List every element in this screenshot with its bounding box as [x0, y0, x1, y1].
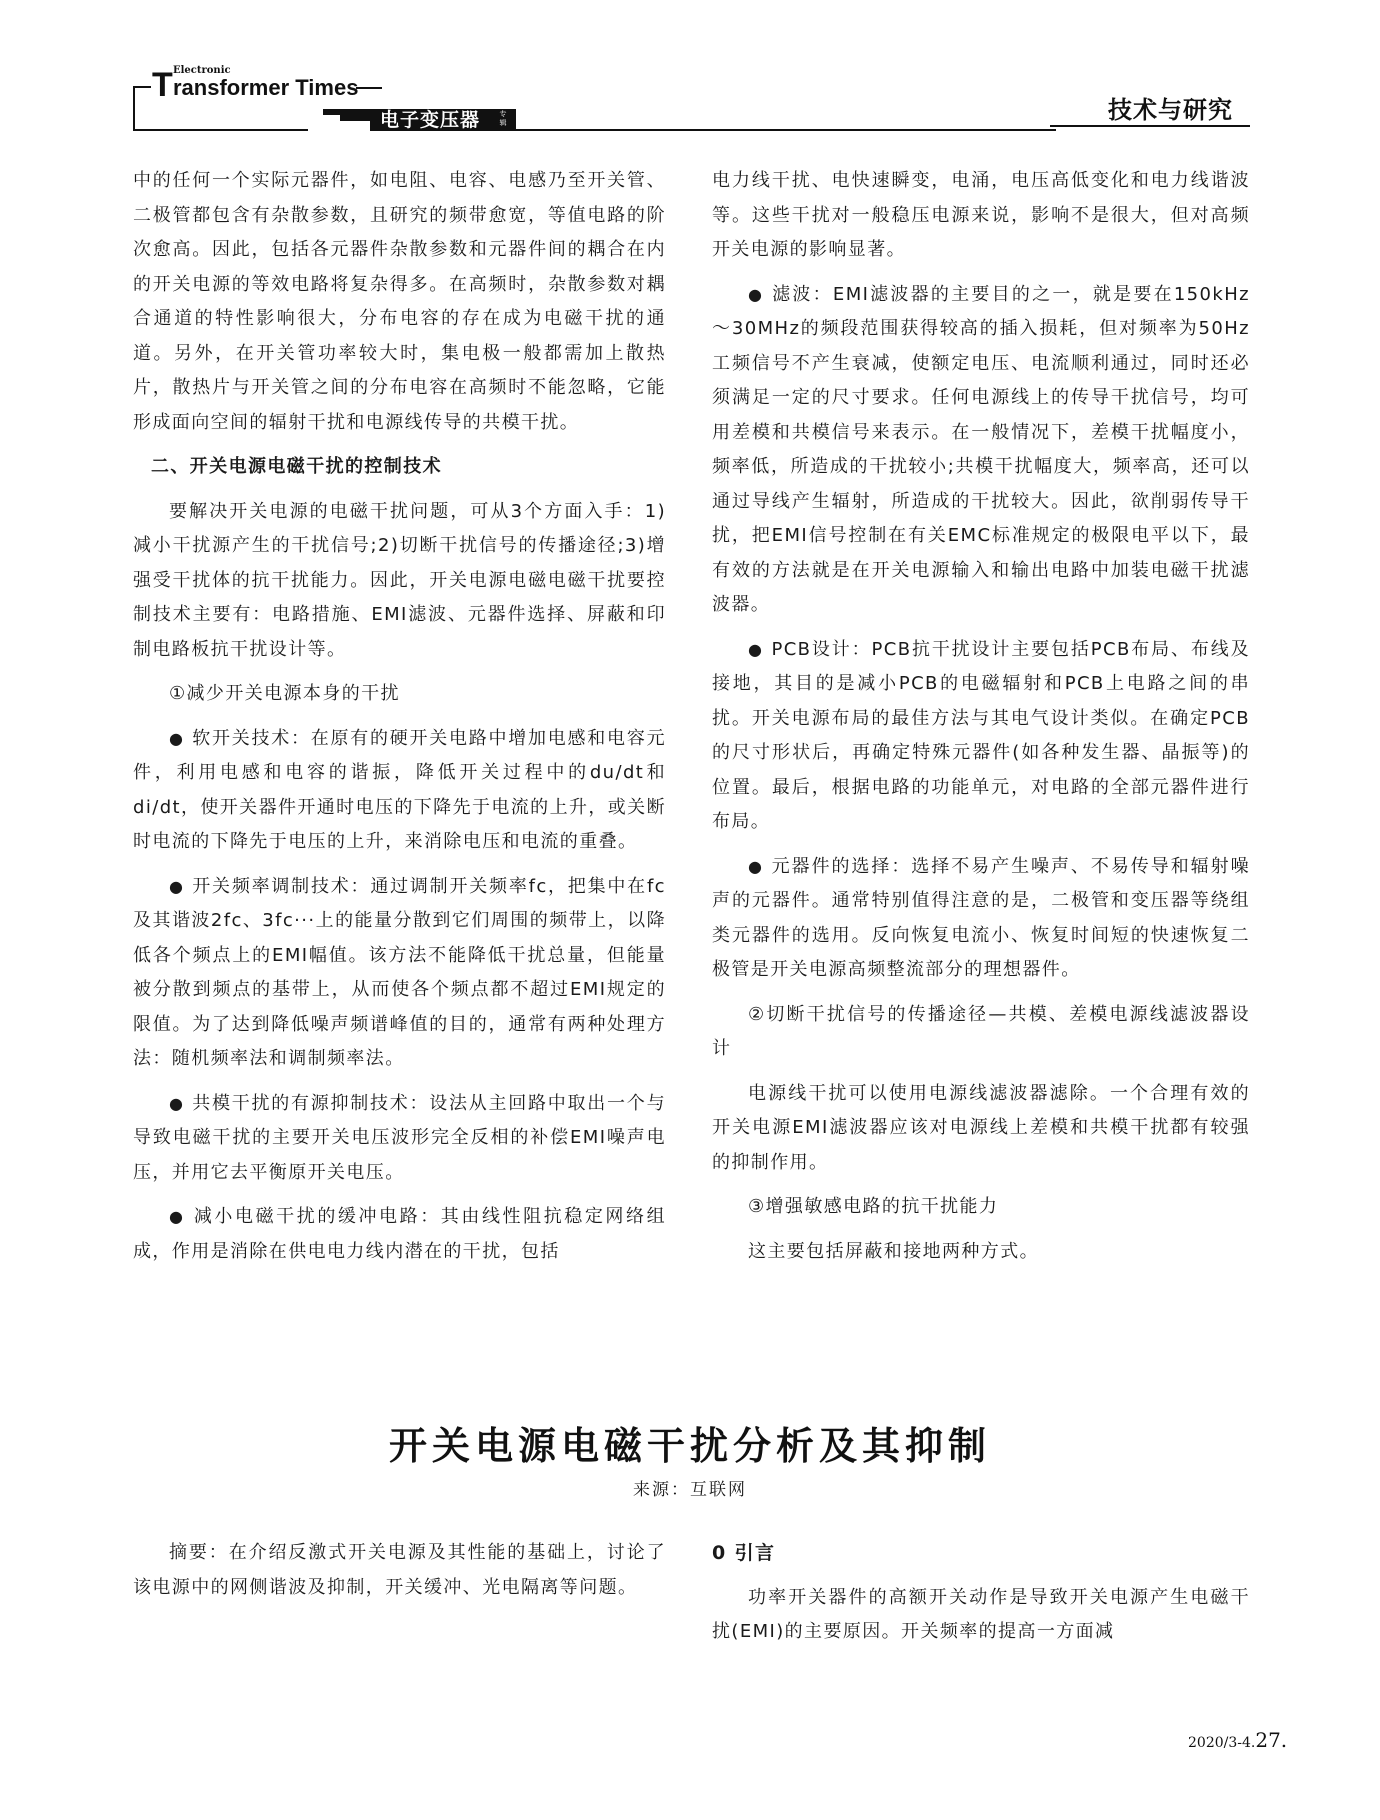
article-source: 来源：互联网	[0, 1478, 1380, 1502]
logo-dash	[356, 87, 382, 89]
article-title: 开关电源电磁干扰分析及其抑制	[0, 1424, 1380, 1468]
bullet-text: 软开关技术：在原有的硬开关电路中增加电感和电容元件，利用电感和电容的谐振，降低开…	[133, 728, 666, 853]
bullet-icon: ●	[169, 877, 185, 896]
bullet-text: 共模干扰的有源抑制技术：设法从主回路中取出一个与导致电磁干扰的主要开关电压波形完…	[133, 1093, 666, 1183]
bullet-text: 开关频率调制技术：通过调制开关频率fc，把集中在fc及其谐波2fc、3fc···…	[133, 876, 666, 1070]
header-frame-line	[133, 86, 135, 131]
paragraph: 电力线干扰、电快速瞬变，电涌，电压高低变化和电力线谐波等。这些干扰对一般稳压电源…	[712, 164, 1250, 268]
page-header: T Electronic ransformer Times 电子变压器 专辑 技…	[0, 0, 1380, 140]
left-column: 中的任何一个实际元器件，如电阻、电容、电感乃至开关管、二极管都包含有杂散参数，且…	[133, 164, 666, 1279]
bullet-icon: ●	[169, 1094, 185, 1113]
header-frame-line	[133, 129, 308, 131]
bullet-icon: ●	[748, 857, 764, 876]
bullet-text: 减小电磁干扰的缓冲电路：其由线性阻抗稳定网络组成，作用是消除在供电电力线内潜在的…	[133, 1206, 666, 1262]
bullet-paragraph: ● 软开关技术：在原有的硬开关电路中增加电感和电容元件，利用电感和电容的谐振，降…	[133, 722, 666, 860]
subsection-heading: ①减少开关电源本身的干扰	[133, 677, 666, 712]
abstract: 摘要：在介绍反激式开关电源及其性能的基础上，讨论了该电源中的网侧谐波及抑制，开关…	[133, 1536, 666, 1605]
section-heading: 二、开关电源电磁干扰的控制技术	[133, 450, 666, 485]
bullet-icon: ●	[169, 1207, 186, 1226]
intro-column: 0 引言 功率开关器件的高额开关动作是导致开关电源产生电磁干扰(EMI)的主要原…	[712, 1536, 1250, 1660]
paragraph: 这主要包括屏蔽和接地两种方式。	[712, 1235, 1250, 1270]
intro-paragraph: 功率开关器件的高额开关动作是导致开关电源产生电磁干扰(EMI)的主要原因。开关频…	[712, 1581, 1250, 1650]
paragraph: 电源线干扰可以使用电源线滤波器滤除。一个合理有效的开关电源EMI滤波器应该对电源…	[712, 1077, 1250, 1181]
bullet-paragraph: ● 减小电磁干扰的缓冲电路：其由线性阻抗稳定网络组成，作用是消除在供电电力线内潜…	[133, 1200, 666, 1269]
logo-letter-t: T	[152, 68, 173, 102]
subsection-heading: ②切断干扰信号的传播途径—共模、差模电源线滤波器设计	[712, 998, 1250, 1067]
page-number: 27.	[1255, 1728, 1287, 1752]
right-column: 电力线干扰、电快速瞬变，电涌，电压高低变化和电力线谐波等。这些干扰对一般稳压电源…	[712, 164, 1250, 1279]
bullet-text: PCB设计：PCB抗干扰设计主要包括PCB布局、布线及接地，其目的是减小PCB的…	[712, 639, 1250, 833]
bullet-paragraph: ● 共模干扰的有源抑制技术：设法从主回路中取出一个与导致电磁干扰的主要开关电压波…	[133, 1087, 666, 1191]
issue-date: 2020/3-4.	[1188, 1735, 1255, 1751]
section-rule	[1050, 125, 1250, 127]
intro-heading: 0 引言	[712, 1536, 1250, 1571]
bullet-icon: ●	[748, 285, 764, 304]
paragraph: 要解决开关电源的电磁干扰问题，可从3个方面入手：1)减小干扰源产生的干扰信号;2…	[133, 495, 666, 668]
bullet-text: 滤波：EMI滤波器的主要目的之一，就是要在150kHz～30MHz的频段范围获得…	[712, 284, 1250, 616]
bullet-paragraph: ● 开关频率调制技术：通过调制开关频率fc，把集中在fc及其谐波2fc、3fc·…	[133, 870, 666, 1077]
bullet-icon: ●	[748, 640, 764, 659]
magazine-name-cn: 电子变压器	[380, 108, 480, 132]
bullet-icon: ●	[169, 729, 185, 748]
abstract-column: 摘要：在介绍反激式开关电源及其性能的基础上，讨论了该电源中的网侧谐波及抑制，开关…	[133, 1536, 666, 1615]
header-rule	[516, 129, 1056, 131]
bullet-paragraph: ● 滤波：EMI滤波器的主要目的之一，就是要在150kHz～30MHz的频段范围…	[712, 278, 1250, 623]
magazine-suffix: 专辑	[498, 110, 508, 128]
bullet-text: 元器件的选择：选择不易产生噪声、不易传导和辐射噪声的元器件。通常特别值得注意的是…	[712, 856, 1250, 981]
header-frame-line	[133, 86, 151, 88]
subsection-heading: ③增强敏感电路的抗干扰能力	[712, 1190, 1250, 1225]
page-footer: 2020/3-4.27.	[1188, 1728, 1287, 1752]
logo-wordmark: ransformer Times	[173, 76, 358, 100]
bullet-paragraph: ● 元器件的选择：选择不易产生噪声、不易传导和辐射噪声的元器件。通常特别值得注意…	[712, 850, 1250, 988]
section-title: 技术与研究	[1108, 96, 1233, 124]
paragraph: 中的任何一个实际元器件，如电阻、电容、电感乃至开关管、二极管都包含有杂散参数，且…	[133, 164, 666, 440]
bullet-paragraph: ● PCB设计：PCB抗干扰设计主要包括PCB布局、布线及接地，其目的是减小PC…	[712, 633, 1250, 840]
